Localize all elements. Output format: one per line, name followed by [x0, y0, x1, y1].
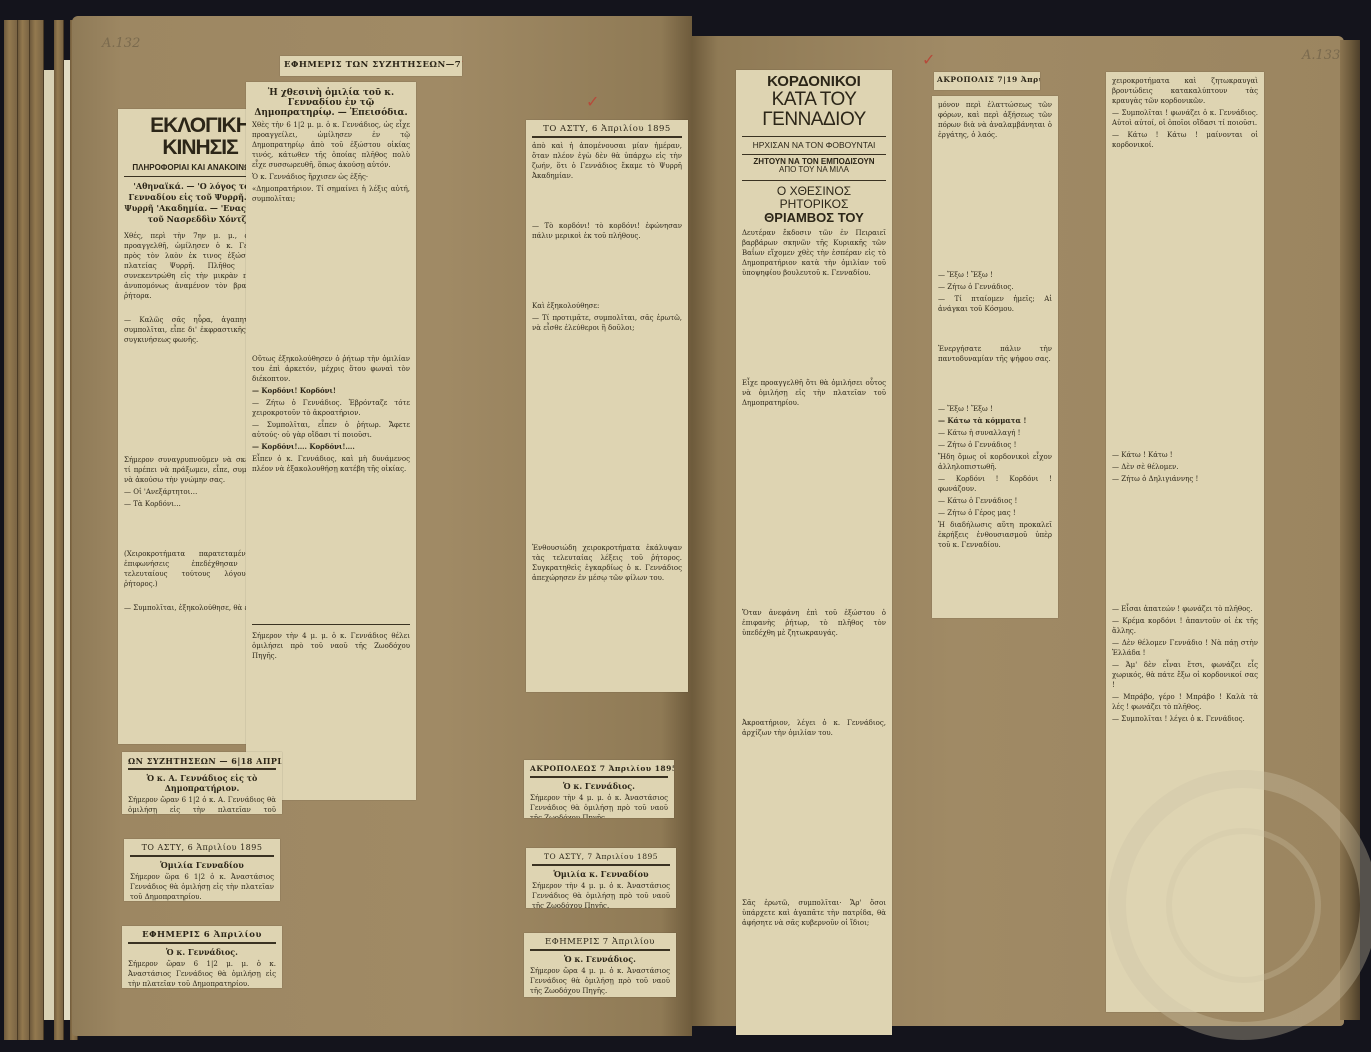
newspaper-masthead: ΕΦΗΜΕΡΙΣ ΤΩΝ ΣΥΖΗΤΗΣΕΩΝ—7|19 ΑΠΡΙΛΙΟΥ 18…: [284, 60, 458, 72]
clipping-paragraph: — Εἶσαι ἀπατεών ! φωνάζει τὸ πλῆθος.: [1112, 604, 1258, 614]
right-page-stack-edges: [1340, 40, 1360, 1020]
clipping-continuation: χειροκροτήματα καὶ ζητωκραυγαὶ βροντώδει…: [1106, 72, 1264, 1012]
clipping-akropolis-long: μόνον περὶ ἐλαττώσεως τῶν φόρων, καὶ περ…: [932, 96, 1058, 618]
clipping-paragraph: Σήμερον τὴν 4 μ. μ. ὁ κ. Ἀναστάσιος Γενν…: [532, 881, 670, 908]
clipping-paragraph: — Κρέμα κορδόνι ! ἀπαντοῦν οἱ ἐκ τῆς ἄλλ…: [1112, 616, 1258, 636]
clipping-paragraph: — Κορδόνι! Κορδόνι!: [252, 386, 410, 396]
clipping-paragraph: — Κάτω ὁ Γεννάδιος !: [938, 496, 1052, 506]
clipping-paragraph: — Ζήτω ὁ Γεννάδιος. Ἐβρόνταζε τότε χειρο…: [252, 398, 410, 418]
newspaper-masthead: ΤΟ ΑΣΤΥ, 6 Ἀπριλίου 1895: [532, 124, 682, 138]
clipping-paragraph: — Ζήτω ὁ Γεννάδιος.: [938, 282, 1052, 292]
clipping-paragraph: — Ζήτω ὁ Δηλιγιάννης !: [1112, 474, 1258, 484]
clipping-paragraph: Σᾶς ἐρωτῶ, συμπολῖται· Ἄρ' ὅσοι ὑπάρχετε…: [742, 898, 886, 928]
clipping-paragraph: — Κάτω ἡ συναλλαγή !: [938, 428, 1052, 438]
clipping-title: Ὁ κ. Γεννάδιος.: [530, 954, 670, 964]
clipping-title: Ὁμιλία κ. Γενναδίου: [532, 869, 670, 879]
clipping-paragraph: — Δὲν θέλομεν Γεννάδιο ! Νὰ πάῃ στὴν Ἑλλ…: [1112, 638, 1258, 658]
headline: Ο ΧΘΕΣΙΝΟΣ ΡΗΤΟΡΙΚΟΣ: [742, 180, 886, 210]
clipping-paragraph: Σήμερον τὴν 4 μ. μ. ὁ κ. Ἀναστάσιος Γενν…: [530, 793, 668, 818]
clipping-efimeris-omilia: Ἡ χθεσινὴ ὁμιλία τοῦ κ. Γενναδίου ἐν τῷ …: [246, 82, 416, 800]
clipping-edge-strip: [44, 70, 54, 1020]
clipping-paragraph: — Μπράβο, γέρο ! Μπράβο ! Καλὰ τὰ λές ! …: [1112, 692, 1258, 712]
clipping-paragraph: — Τὸ κορδόνι! τὸ κορδόνι! ἐφώνησαν πάλιν…: [532, 221, 682, 241]
clipping-paragraph: χειροκροτήματα καὶ ζητωκραυγαὶ βροντώδει…: [1112, 76, 1258, 106]
left-page: A.132 ✓ ✓ ✓ ΕΚΛΟΓΙΚΗ ΚΙΝΗΣΙΣ ΠΛΗΡΟΦΟΡΙΑΙ…: [72, 16, 692, 1036]
clipping-asty-long: ΤΟ ΑΣΤΥ, 6 Ἀπριλίου 1895 ἀπὸ καὶ ἡ ἀπομέ…: [526, 120, 688, 692]
clipping-paragraph: — Ζήτω ὁ Γέρος μας !: [938, 508, 1052, 518]
clipping-paragraph: Σήμερον τὴν 4 μ. μ. ὁ κ. Γεννάδιος θέλει…: [252, 624, 410, 661]
clipping-paragraph: Χθὲς τὴν 6 1|2 μ. μ. ὁ κ. Γεννάδιος, ὡς …: [252, 120, 410, 170]
clipping-paragraph: Σήμερον ὥρα 6 1|2 ὁ κ. Ἀναστάσιος Γεννάδ…: [130, 872, 274, 901]
clipping-paragraph: Ἤδη ὅμως οἱ κορδονικοὶ εἶχον ἀλληλοπιστω…: [938, 452, 1052, 472]
newspaper-masthead: ΑΚΡΟΠΟΛΕΩΣ 7 Ἀπριλίου 1895.: [530, 764, 668, 778]
clipping-paragraph: ἀπὸ καὶ ἡ ἀπομένουσαι μίαν ἡμέραν, ὅταν …: [532, 141, 682, 181]
newspaper-masthead: ΤΟ ΑΣΤΥ, 7 Ἀπριλίου 1895: [532, 852, 670, 866]
clipping-paragraph: — Ἔξω ! Ἔξω !: [938, 404, 1052, 414]
headline: ΚΟΡΔΟΝΙΚΟΙ: [742, 74, 886, 90]
clipping-paragraph: Ἐνεργήσατε πάλιν τὴν παντοδυναμίαν τῆς ψ…: [938, 344, 1052, 364]
clipping-paragraph: Εἶχε προαγγελθῆ ὅτι θὰ ὁμιλήσει οὗτος νὰ…: [742, 378, 886, 408]
clipping-paragraph: — Συμπολῖται ! φωνάζει ὁ κ. Γεννάδιος. Α…: [1112, 108, 1258, 128]
clipping-title: Ὁ κ. Γεννάδιος.: [530, 781, 668, 791]
check-mark-icon: ✓: [586, 92, 599, 111]
clipping-paragraph: Σήμερον ὥρα 4 μ. μ. ὁ κ. Ἀναστάσιος Γενν…: [530, 966, 670, 996]
headline: ΘΡΙΑΜΒΟΣ ΤΟΥ: [742, 211, 886, 225]
headline: ΗΡΧΙΣΑΝ ΝΑ ΤΟΝ ΦΟΒΟΥΝΤΑΙ: [742, 136, 886, 150]
clipping-efimeris-7-short: ΕΦΗΜΕΡΙΣ 7 Ἀπριλίου Ὁ κ. Γεννάδιος. Σήμε…: [524, 933, 676, 997]
clipping-paragraph: — Ἔξω ! Ἔξω !: [938, 270, 1052, 280]
clipping-paragraph: Ἀκροατήριον, λέγει ὁ κ. Γεννάδιος, ἀρχίζ…: [742, 718, 886, 738]
clipping-asty-6-short: ΤΟ ΑΣΤΥ, 6 Ἀπριλίου 1895 Ὁμιλία Γενναδίο…: [124, 839, 280, 901]
clipping-paragraph: — Ἀμ' δὲν εἶναι ἔτσι, φωνάζει εἷς χωρικό…: [1112, 660, 1258, 690]
clipping-paragraph: Εἶπεν ὁ κ. Γεννάδιος, καὶ μὴ δυνάμενος π…: [252, 454, 410, 474]
newspaper-masthead: ΕΦΗΜΕΡΙΣ 7 Ἀπριλίου: [530, 937, 670, 951]
clipping-paragraph: «Δημοπρατήριον. Τί σημαίνει ἡ λέξις αὐτή…: [252, 184, 410, 204]
clipping-paragraph: Καὶ ἐξηκολούθησε:: [532, 301, 682, 311]
scrapbook-spread: A.132 ✓ ✓ ✓ ΕΚΛΟΓΙΚΗ ΚΙΝΗΣΙΣ ΠΛΗΡΟΦΟΡΙΑΙ…: [0, 0, 1371, 1052]
clipping-paragraph: Ἐνθουσιώδη χειροκροτήματα ἐκάλυψαν τὰς τ…: [532, 543, 682, 583]
clipping-paragraph: — Ζήτω ὁ Γεννάδιος !: [938, 440, 1052, 450]
page-number-right: A.133: [1302, 48, 1340, 63]
clipping-efimeris-6-18: ΩΝ ΣΥΖΗΤΗΣΕΩΝ — 6|18 ΑΠΡΙΛΙΟΥ Ὁ κ. Α. Γε…: [122, 752, 282, 814]
clipping-title: Ὁμιλία Γενναδίου: [130, 860, 274, 870]
clipping-efimeris-6-short: ΕΦΗΜΕΡΙΣ 6 Ἀπριλίου Ὁ κ. Γεννάδιος. Σήμε…: [122, 926, 282, 988]
clipping-paragraph: Ἡ διαδήλωσις αὕτη προκαλεῖ ἐκρήξεις ἐνθο…: [938, 520, 1052, 550]
clipping-kordonikoi: ΚΟΡΔΟΝΙΚΟΙ ΚΑΤΑ ΤΟΥ ΓΕΝΝΑΔΙΟΥ ΗΡΧΙΣΑΝ ΝΑ…: [736, 70, 892, 1035]
clipping-paragraph: Δευτέραν ἔκδοσιν τῶν ἐν Πειραιεῖ βαρβάρω…: [742, 228, 886, 278]
newspaper-masthead: ΩΝ ΣΥΖΗΤΗΣΕΩΝ — 6|18 ΑΠΡΙΛΙΟΥ: [128, 756, 276, 770]
clipping-paragraph: — Δὲν σὲ θέλομεν.: [1112, 462, 1258, 472]
clipping-asty-7-short: ΤΟ ΑΣΤΥ, 7 Ἀπριλίου 1895 Ὁμιλία κ. Γεννα…: [526, 848, 676, 908]
page-number-left: A.132: [102, 36, 140, 51]
check-mark-icon: ✓: [922, 50, 935, 69]
clipping-paragraph: — Συμπολῖται ! λέγει ὁ κ. Γεννάδιος.: [1112, 714, 1258, 724]
clipping-paragraph: — Τί προτιμᾶτε, συμπολῖται, σᾶς ἐρωτῶ, ν…: [532, 313, 682, 333]
right-page: A.133 ✓ ΚΟΡΔΟΝΙΚΟΙ ΚΑΤΑ ΤΟΥ ΓΕΝΝΑΔΙΟΥ ΗΡ…: [692, 36, 1344, 1026]
clipping-paragraph: Ὁ κ. Γεννάδιος ἤρχισεν ὡς ἑξῆς·: [252, 172, 410, 182]
newspaper-masthead: ΤΟ ΑΣΤΥ, 6 Ἀπριλίου 1895: [130, 843, 274, 857]
newspaper-masthead: ΑΚΡΟΠΟΛΙΣ 7|19 Ἀπριλίου 1895: [937, 75, 1037, 87]
clipping-paragraph: Οὕτως ἐξηκολούθησεν ὁ ῥήτωρ τὴν ὁμιλίαν …: [252, 354, 410, 384]
clipping-paragraph: — Κορδόνι ! Κορδόνι ! φωνάζουν.: [938, 474, 1052, 494]
clipping-paragraph: — Κάτω ! Κάτω ! μαίνονται οἱ κορδονικοί.: [1112, 130, 1258, 150]
clipping-paragraph: — Τί πταίομεν ἡμεῖς; Αἱ ἀνάγκαι τοῦ Κόσμ…: [938, 294, 1052, 314]
clipping-paragraph: μόνον περὶ ἐλαττώσεως τῶν φόρων, καὶ περ…: [938, 100, 1052, 140]
clipping-title: Ὁ κ. Γεννάδιος.: [128, 947, 276, 957]
headline: ΚΑΤΑ ΤΟΥ ΓΕΝΝΑΔΙΟΥ: [742, 90, 886, 130]
clipping-paragraph: — Κάτω ! Κάτω !: [1112, 450, 1258, 460]
headline: ΑΠΟ ΤΟΥ ΝΑ ΜΙΛΑ: [742, 166, 886, 174]
clipping-masthead-akropolis: ΑΚΡΟΠΟΛΙΣ 7|19 Ἀπριλίου 1895: [934, 72, 1040, 90]
clipping-paragraph: Ὅταν ἀνεφάνη ἐπὶ τοῦ ἐξώστου ὁ ἐπιφανὴς …: [742, 608, 886, 638]
clipping-paragraph: Σήμερον ὥραν 6 1|2 ὁ κ. Α. Γεννάδιος θὰ …: [128, 795, 276, 814]
newspaper-masthead: ΕΦΗΜΕΡΙΣ 6 Ἀπριλίου: [128, 930, 276, 944]
clipping-title: Ὁ κ. Α. Γεννάδιος εἰς τὸ Δημοπρατήριον.: [128, 773, 276, 793]
clipping-akropolis-7-short: ΑΚΡΟΠΟΛΕΩΣ 7 Ἀπριλίου 1895. Ὁ κ. Γεννάδι…: [524, 760, 674, 818]
clipping-paragraph: — Κάτω τὰ κόμματα !: [938, 416, 1052, 426]
clipping-masthead-efimeris: ΕΦΗΜΕΡΙΣ ΤΩΝ ΣΥΖΗΤΗΣΕΩΝ—7|19 ΑΠΡΙΛΙΟΥ 18…: [280, 56, 462, 76]
clipping-title: Ἡ χθεσινὴ ὁμιλία τοῦ κ. Γενναδίου ἐν τῷ …: [252, 88, 410, 118]
clipping-paragraph: — Συμπολῖται, εἶπεν ὁ ῥήτωρ. Ἄφετε αὐτού…: [252, 420, 410, 440]
clipping-paragraph: Σήμερον ὥραν 6 1|2 μ. μ. ὁ κ. Ἀναστάσιος…: [128, 959, 276, 988]
clipping-paragraph: — Κορδόνι!…. Κορδόνι!….: [252, 442, 410, 452]
